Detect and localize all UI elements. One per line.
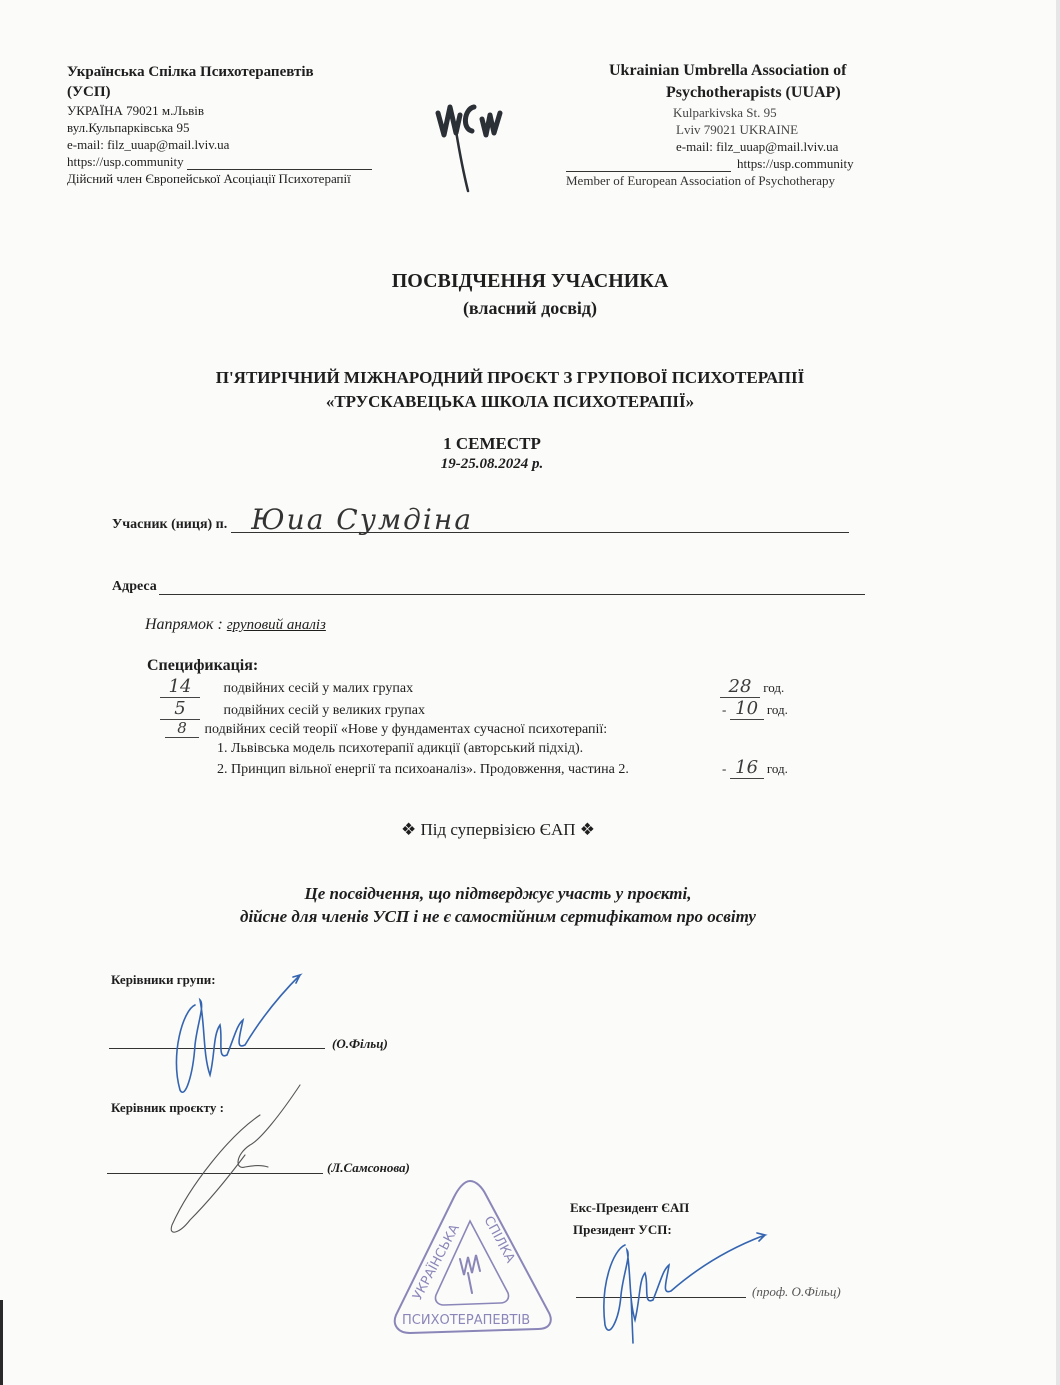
- address-line2-en: Lviv 79021 UKRAINE: [676, 121, 886, 138]
- document-subtitle: (власний досвід): [0, 298, 1060, 319]
- page-edge-left: [0, 1300, 3, 1385]
- email-ua: e-mail: filz_uuap@mail.lviv.ua: [67, 136, 397, 153]
- membership-ua: Дійсний член Європейської Асоціації Псих…: [67, 170, 397, 187]
- participant-field: Учасник (ниця) п. Юиа Сумдіна: [112, 512, 849, 533]
- semester: 1 СЕМЕСТР: [0, 434, 1022, 454]
- address-line1-en: Kulparkivska St. 95: [673, 104, 886, 121]
- uuap-logo-icon: [430, 85, 510, 195]
- disclaimer-line2: дійсне для членів УСП і не є самостійним…: [0, 907, 1028, 927]
- membership-en: Member of European Association of Psycho…: [566, 172, 886, 189]
- address-line[interactable]: [159, 576, 865, 595]
- specification: Спецификація:: [147, 657, 258, 675]
- spec-hours-small-groups: 28 год.: [720, 676, 784, 698]
- address-field: Адреса: [112, 576, 865, 595]
- spec-hours-large-groups: - 10 год.: [722, 698, 788, 720]
- org-name-ua: Українська Спілка Психотерапевтів: [67, 62, 397, 82]
- org-abbr-ua: (УСП): [67, 82, 397, 102]
- org-name-en-line2: Psychotherapists (UUAP): [666, 82, 886, 104]
- spec-count: 8: [165, 719, 199, 738]
- direction-label: Напрямок :: [145, 616, 227, 633]
- president-label-line1: Екс-Президент ЄАП: [570, 1200, 689, 1216]
- participant-line[interactable]: Юиа Сумдіна: [231, 512, 849, 533]
- disclaimer-line1: Це посвідчення, що підтверджує участь у …: [0, 884, 1028, 904]
- address-line2-ua: вул.Кульпарківська 95: [67, 119, 397, 136]
- group-leader-name: (О.Фільц): [332, 1036, 388, 1052]
- participant-name-handwritten: Юиа Сумдіна: [251, 503, 473, 536]
- project-leader-name: (Л.Самсонова): [327, 1160, 410, 1176]
- signature-prof-filts-icon: [595, 1225, 775, 1345]
- svg-text:ПСИХОТЕРАПЕВТІВ: ПСИХОТЕРАПЕВТІВ: [402, 1313, 530, 1328]
- website-ua: https://usp.community: [67, 154, 184, 169]
- project-title-line2: «ТРУСКАВЕЦЬКА ШКОЛА ПСИХОТЕРАПІЇ»: [0, 392, 1040, 412]
- spec-text: подвійних сесій у малих групах: [224, 681, 414, 696]
- document-title: ПОСВІДЧЕННЯ УЧАСНИКА: [0, 270, 1060, 293]
- underline: [187, 159, 372, 170]
- spec-subitem-2: 2. Принцип вільної енергії та психоаналі…: [217, 762, 629, 778]
- email-en: e-mail: filz_uuap@mail.lviv.ua: [676, 138, 886, 155]
- signature-filts-icon: [165, 965, 325, 1105]
- spec-subitem-1: 1. Львівська модель психотерапії адикції…: [217, 741, 583, 757]
- signature-samsonova-icon: [160, 1085, 310, 1245]
- spec-hours-theory: - 16 год.: [722, 757, 788, 779]
- underline: [566, 161, 731, 172]
- spec-count: 14: [160, 676, 200, 698]
- direction-value: груповий аналіз: [227, 617, 326, 633]
- semester-dates: 19-25.08.2024 р.: [0, 456, 1022, 473]
- header-left: Українська Спілка Психотерапевтів (УСП) …: [67, 62, 397, 187]
- spec-count: 5: [160, 698, 200, 720]
- header-right: Ukrainian Umbrella Association of Psycho…: [566, 60, 886, 189]
- spec-text: подвійних сесій теорії «Нове у фундамент…: [205, 722, 608, 737]
- page-edge-right: [1056, 0, 1060, 1385]
- address-label: Адреса: [112, 579, 157, 595]
- participant-label: Учасник (ниця) п.: [112, 517, 227, 533]
- address-line1-ua: УКРАЇНА 79021 м.Львів: [67, 102, 397, 119]
- spec-text: подвійних сесій у великих групах: [224, 703, 426, 718]
- svg-text:СПІЛКА: СПІЛКА: [480, 1214, 517, 1266]
- project-title-line1: П'ЯТИРІЧНИЙ МІЖНАРОДНИЙ ПРОЄКТ З ГРУПОВО…: [0, 368, 1040, 388]
- spec-item-small-groups: 14 подвійних сесій у малих групах: [160, 676, 413, 698]
- specification-title: Спецификація:: [147, 657, 258, 675]
- organization-stamp: УКРАЇНСЬКА СПІЛКА ПСИХОТЕРАПЕВТІВ: [388, 1175, 558, 1345]
- direction: Напрямок : груповий аналіз: [145, 616, 326, 634]
- spec-item-large-groups: 5 подвійних сесій у великих групах: [160, 698, 425, 720]
- org-name-en-line1: Ukrainian Umbrella Association of: [609, 60, 886, 82]
- supervision-note: ❖ Під супервізією ЄАП ❖: [0, 820, 1028, 840]
- spec-item-theory: 8 подвійних сесій теорії «Нове у фундаме…: [165, 719, 607, 738]
- website-en: https://usp.community: [737, 156, 854, 171]
